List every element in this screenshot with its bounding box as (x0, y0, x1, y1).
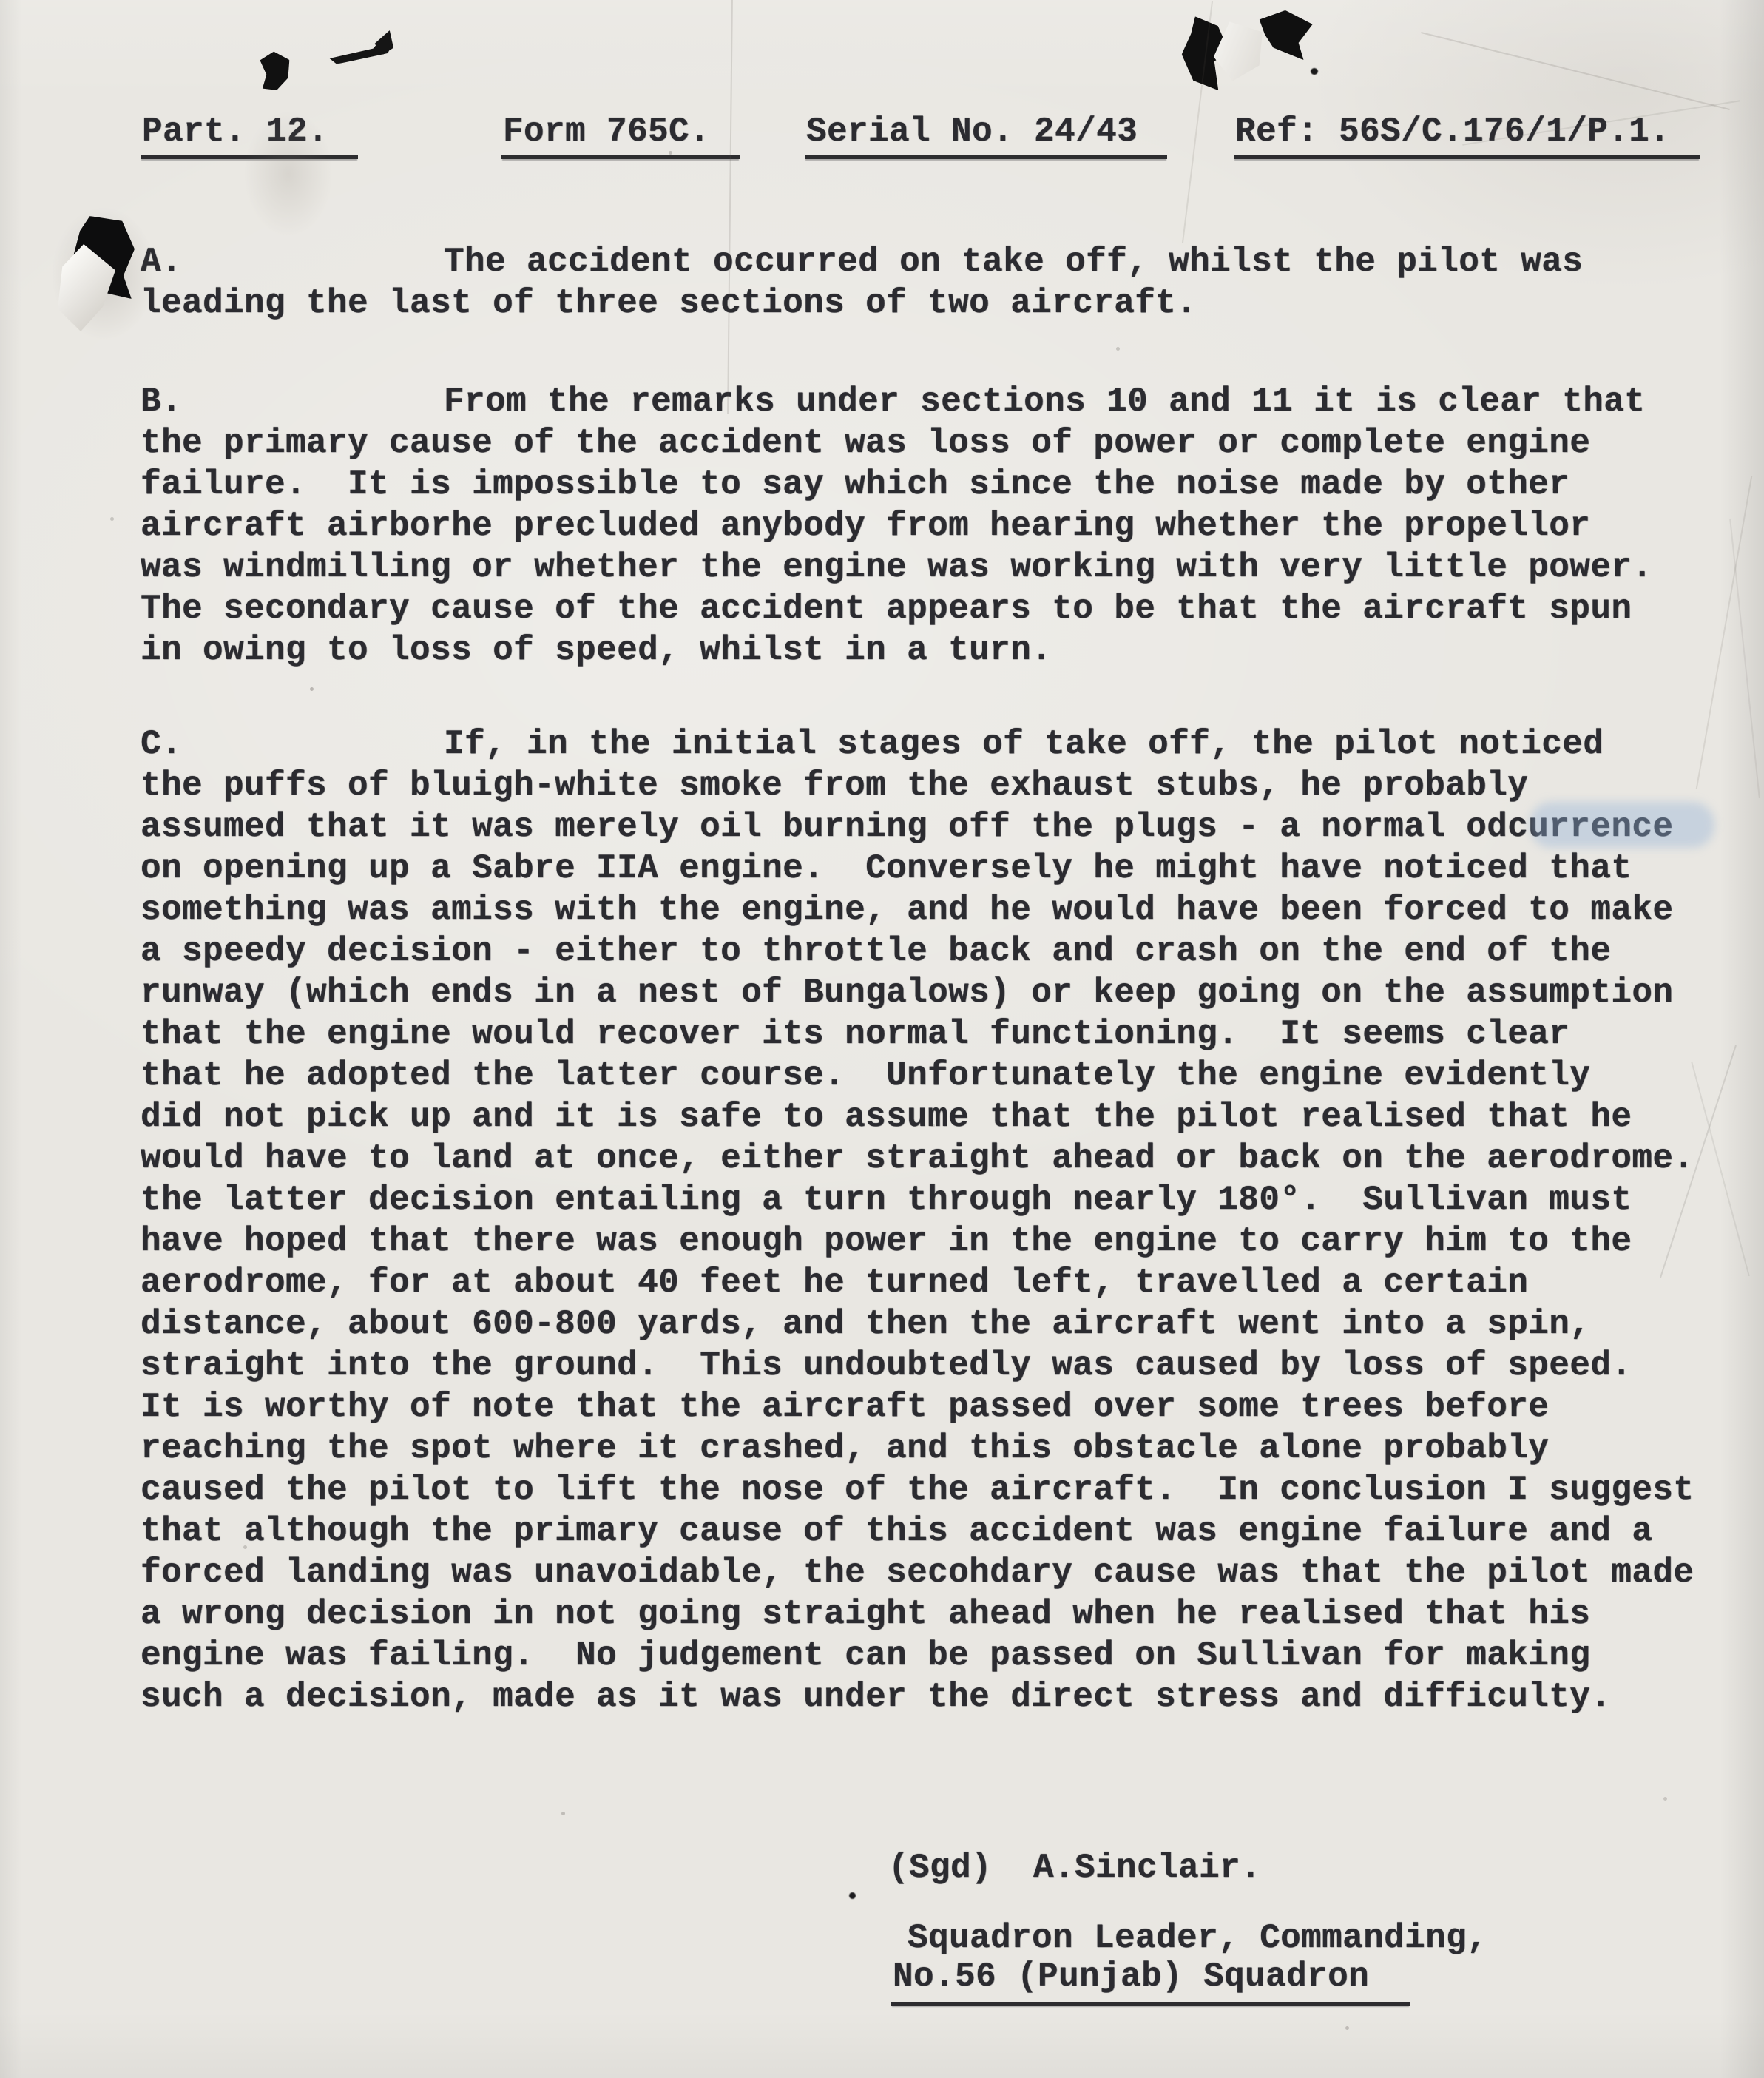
document-page: Part. 12. Form 765C. Serial No. 24/43 Re… (0, 0, 1764, 2078)
top-right-tear-mark (1178, 16, 1233, 91)
top-right-ink-mark (1254, 6, 1314, 61)
signer-title: Squadron Leader, Commanding, (908, 1917, 1487, 1959)
top-left-ink-mark (254, 49, 295, 93)
top-right-torn-patch (1209, 18, 1268, 84)
signed-name: (Sgd) A.Sinclair. (888, 1847, 1261, 1889)
header-serial-number: Serial No. 24/43 (805, 111, 1167, 159)
stray-ink-dot (849, 1892, 856, 1899)
paragraph-b: B. From the remarks under sections 10 an… (141, 381, 1652, 671)
punch-hole-tear (72, 216, 135, 299)
right-edge-scratch-1 (1696, 476, 1753, 789)
paragraph-c-label: C. (141, 723, 182, 765)
punch-hole-shadow (52, 207, 155, 340)
right-edge-scratch-4 (1691, 1062, 1750, 1276)
header-form-number: Form 765C. (501, 111, 740, 159)
header-crease (1182, 1, 1213, 243)
paragraph-b-text: From the remarks under sections 10 and 1… (141, 381, 1652, 671)
top-right-dot (1311, 68, 1318, 75)
right-edge-scratch-2 (1729, 519, 1760, 798)
paragraph-c-text: If, in the initial stages of take off, t… (141, 723, 1694, 1718)
paragraph-a-label: A. (141, 241, 182, 283)
header-part-number: Part. 12. (141, 111, 358, 159)
signer-unit: No.56 (Punjab) Squadron (891, 1956, 1410, 2006)
vertical-crease (727, 0, 733, 414)
header-reference: Ref: 56S/C.176/1/P.1. (1234, 111, 1700, 159)
paper-speckles (0, 0, 2, 2)
paragraph-c: C. If, in the initial stages of take off… (141, 723, 1694, 1718)
paragraph-b-label: B. (141, 381, 182, 422)
top-left-arrow-mark (372, 27, 399, 58)
top-left-dash-mark (328, 41, 393, 65)
punch-hole-torn-flap (58, 244, 115, 331)
diagonal-crease-1 (1421, 32, 1730, 110)
paragraph-a: A. The accident occurred on take off, wh… (141, 241, 1583, 324)
paragraph-a-text: The accident occurred on take off, whils… (141, 241, 1583, 324)
